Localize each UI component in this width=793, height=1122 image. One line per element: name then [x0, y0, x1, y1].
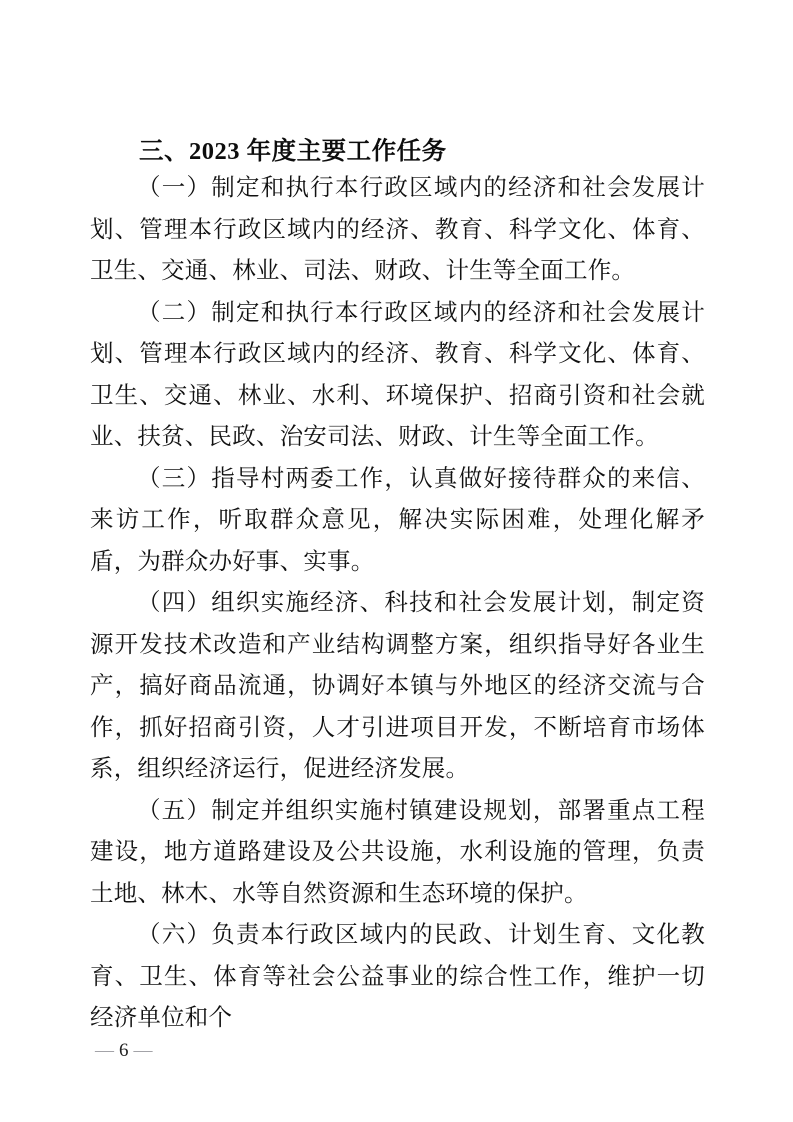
paragraph-1: （一）制定和执行本行政区域内的经济和社会发展计划、管理本行政区域内的经济、教育、…: [90, 168, 705, 293]
document-page: 三、2023 年度主要工作任务 （一）制定和执行本行政区域内的经济和社会发展计划…: [0, 0, 793, 1122]
paragraph-5: （五）制定并组织实施村镇建设规划，部署重点工程建设，地方道路建设及公共设施，水利…: [90, 791, 705, 916]
page-number-dash-left: —: [95, 1040, 115, 1061]
section-heading: 三、2023 年度主要工作任务: [90, 135, 705, 168]
document-body: 三、2023 年度主要工作任务 （一）制定和执行本行政区域内的经济和社会发展计划…: [90, 135, 705, 1040]
paragraph-2: （二）制定和执行本行政区域内的经济和社会发展计划、管理本行政区域内的经济、教育、…: [90, 293, 705, 459]
paragraph-4: （四）组织实施经济、科技和社会发展计划，制定资源开发技术改造和产业结构调整方案，…: [90, 583, 705, 791]
page-number-dash-right: —: [134, 1040, 154, 1061]
paragraph-3: （三）指导村两委工作，认真做好接待群众的来信、来访工作，听取群众意见，解决实际困…: [90, 459, 705, 584]
paragraph-6: （六）负责本行政区域内的民政、计划生育、文化教育、卫生、体育等社会公益事业的综合…: [90, 915, 705, 1040]
page-footer: —6—: [95, 1040, 154, 1062]
page-number: 6: [115, 1040, 134, 1061]
